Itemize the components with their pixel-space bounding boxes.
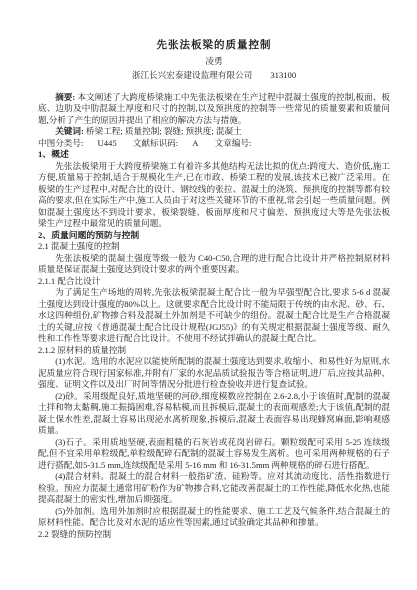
subsection-2-2: 2.2 裂缝的预防控制 [38, 529, 390, 541]
keywords-label: 关键词: [55, 126, 84, 136]
affiliation-name: 浙江长兴宏泰建设监理有限公司 [132, 70, 252, 80]
affiliation-postcode: 313100 [270, 70, 296, 80]
subsection-2-1-1: 2.1.1 配合比设计 [38, 276, 390, 288]
paragraph-stone: (3)石子。采用质地坚硬,表面粗糙的石灰岩或花岗岩碎石。颗粒级配可采用 5-25… [38, 437, 390, 472]
section-heading-1: 1、概述 [38, 149, 390, 161]
abstract-text: 本文阐述了大跨度桥梁施工中先张法板梁在生产过程中混凝土强度的控制,板面、板底、边… [38, 92, 390, 125]
paragraph-2-1-1: 为了满足生产场地的周转,先张法板梁混凝土配合比一般为早强型配合比,要求 5-6 … [38, 287, 390, 345]
section-heading-2: 2、质量问题的预防与控制 [38, 230, 390, 242]
abstract-paragraph: 摘要: 本文阐述了大跨度桥梁施工中先张法板梁在生产过程中混凝土强度的控制,板面、… [38, 92, 390, 127]
classification-line: 中图分类号: U445 文献标识码: A 文章编号: [38, 138, 390, 150]
subsection-2-1: 2.1 混凝土强度的控制 [38, 241, 390, 253]
paragraph-admixture-materials: (4)混合材料。混凝土的混合材料一般指矿渣、硅粉等。应对其流动度比、活性指数进行… [38, 471, 390, 506]
clc-value: U445 [98, 138, 117, 148]
paragraph-overview: 先张法板梁用于大跨度桥梁施工有着许多其他结构无法比拟的优点:跨度大、造价低,施工… [38, 161, 390, 230]
paragraph-2-1: 先张法板梁的混凝土强度等级一般为 C40-C50,合理的进行配合比设计并严格控制… [38, 253, 390, 276]
doc-code-value: A [192, 138, 198, 148]
doc-code-label: 文献标识码: [133, 138, 178, 148]
keywords-line: 关键词: 桥梁工程; 质量控制; 裂缝; 预拱度; 混凝土 [38, 126, 390, 138]
keywords-text: 桥梁工程; 质量控制; 裂缝; 预拱度; 混凝土 [86, 126, 242, 136]
document-page: 先张法板梁的质量控制 凌勇 浙江长兴宏泰建设监理有限公司 313100 摘要: … [0, 0, 417, 590]
paragraph-sand: (2)砂。采用级配良好,质地坚硬的河砂,细度模数应控制在 2.6-2.8,小于该… [38, 391, 390, 437]
article-id-label: 文章编号: [215, 138, 252, 148]
abstract-label: 摘要: [55, 92, 75, 102]
affiliation-line: 浙江长兴宏泰建设监理有限公司 313100 [38, 70, 390, 81]
clc-label: 中图分类号: [38, 138, 83, 148]
subsection-2-1-2: 2.1.2 原材料的质量控制 [38, 345, 390, 357]
paragraph-cement: (1)水泥。选用的水泥应以能使所配制的混凝土强度达到要求,收缩小、和易性好为原则… [38, 356, 390, 391]
page-title: 先张法板梁的质量控制 [38, 40, 390, 52]
paragraph-additives: (5)外加剂。选用外加剂时应根据混凝土的性能要求、施工工艺及气候条件,结合混凝土… [38, 506, 390, 529]
author-name: 凌勇 [38, 56, 390, 67]
